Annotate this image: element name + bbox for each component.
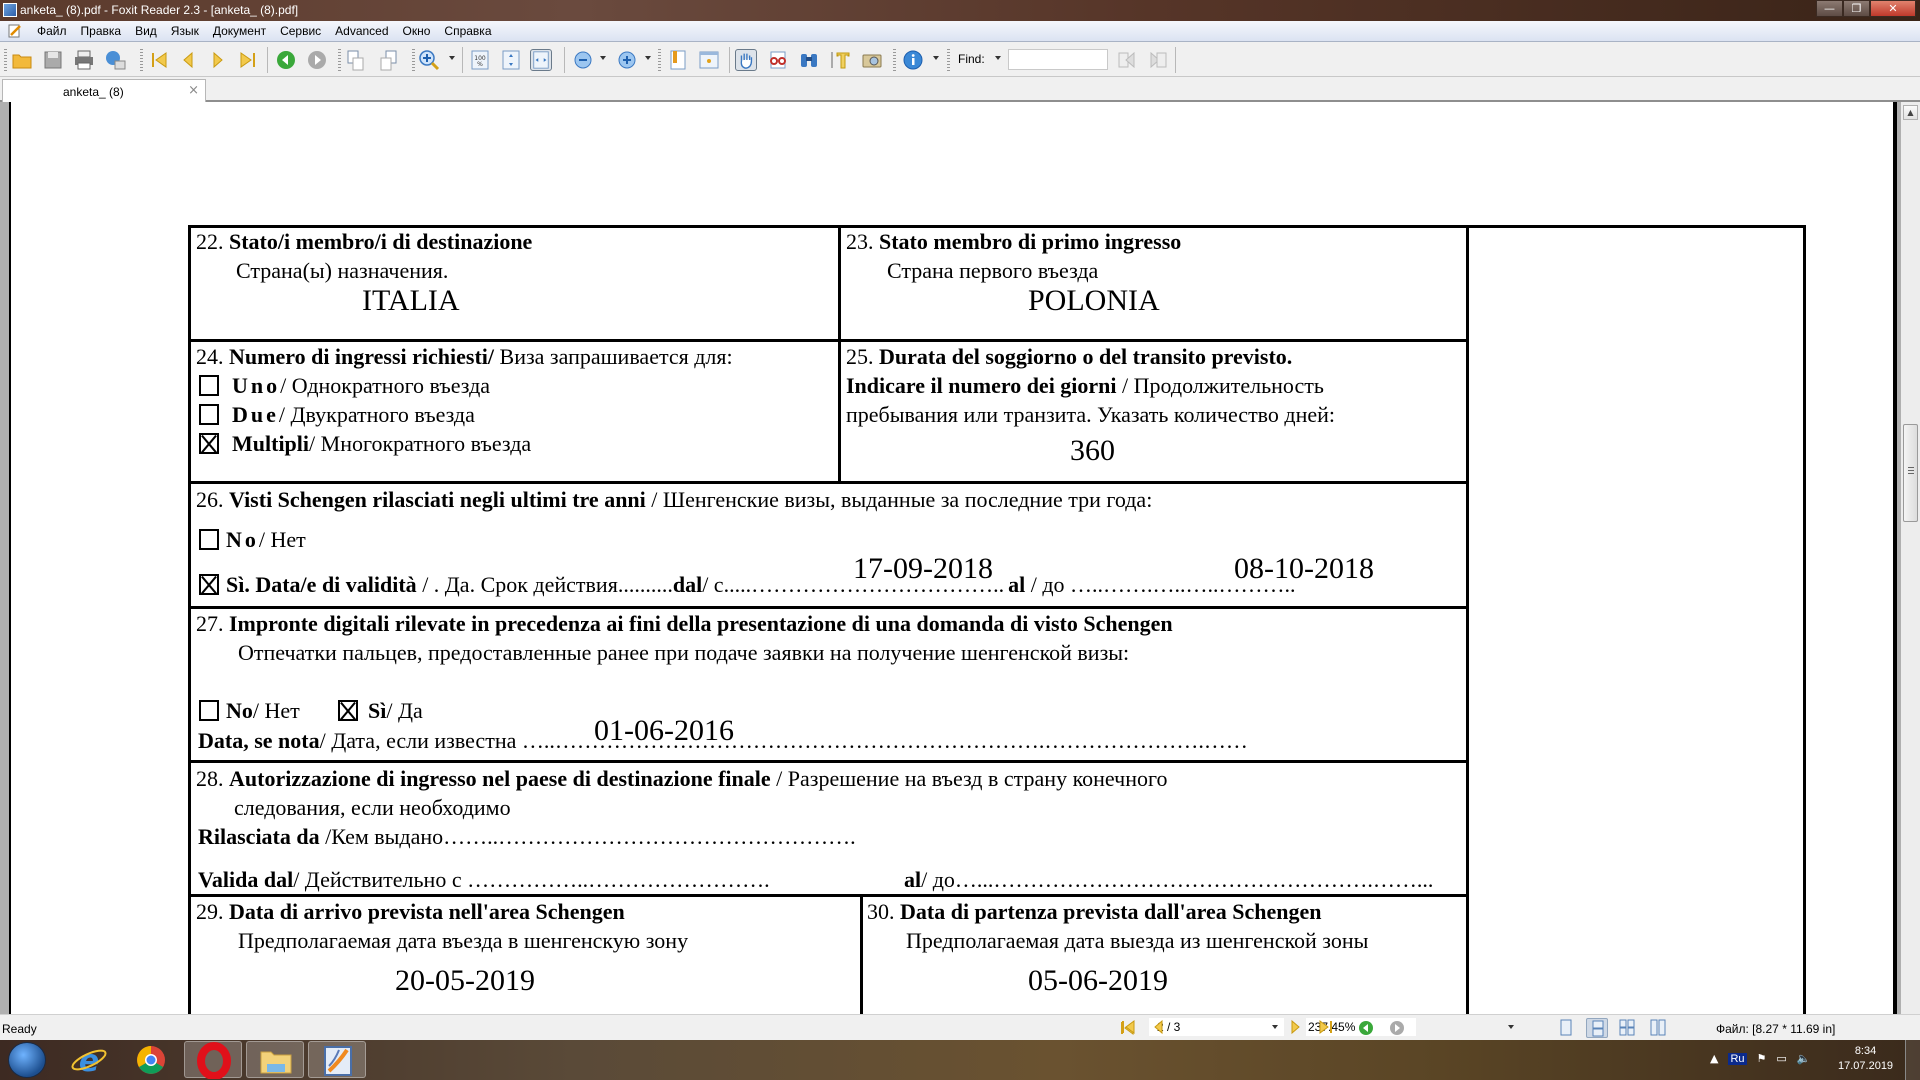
- q24-title: 24. Numero di ingressi richiesti/ Виза з…: [196, 345, 733, 369]
- facing-continuous-layout-button[interactable]: [1616, 1018, 1638, 1038]
- q28-issued-by[interactable]: Rilasciata da /Кем выдано……..………………………………: [198, 825, 856, 849]
- page-dropdown-icon[interactable]: [1272, 1025, 1278, 1029]
- folder-icon: [247, 1042, 305, 1079]
- q25-value[interactable]: 360: [1070, 435, 1115, 467]
- facing-layout-button[interactable]: [1647, 1018, 1669, 1038]
- status-go-forward-icon[interactable]: [1389, 1020, 1405, 1036]
- file-size-info: Файл: [8.27 * 11.69 in]: [1716, 1022, 1835, 1036]
- status-previous-page-icon[interactable]: [1150, 1019, 1166, 1035]
- q27-yes-checkbox[interactable]: [338, 700, 358, 721]
- q24-multipli-label: Multipli/ Многократного въезда: [232, 432, 531, 456]
- q25-title: 25. Durata del soggiorno o del transito …: [846, 345, 1292, 369]
- q26-valid-to[interactable]: 08-10-2018: [1234, 553, 1374, 585]
- status-last-page-icon[interactable]: [1318, 1019, 1334, 1035]
- q26-no-checkbox[interactable]: [199, 529, 219, 550]
- q26-yes-checkbox[interactable]: [199, 574, 219, 595]
- show-desktop-button[interactable]: [1905, 1040, 1920, 1080]
- show-hidden-icons[interactable]: ▲: [1710, 1052, 1718, 1065]
- q27-date-value[interactable]: 01-06-2016: [594, 715, 734, 747]
- q26-title: 26. Visti Schengen rilasciati negli ulti…: [196, 488, 1152, 512]
- system-tray: ▲ Ru ⚑ ▭ 🔈: [1710, 1052, 1811, 1065]
- q30-title: 30. Data di partenza prevista dall'area …: [867, 900, 1321, 924]
- pdf-page: 22. Stato/i membro/i di destinazione Стр…: [0, 0, 1920, 1014]
- q29-subtitle: Предполагаемая дата въезда в шенгенскую …: [238, 929, 688, 953]
- q28-title: 28. Autorizzazione di ingresso nel paese…: [196, 767, 1167, 791]
- q26-valid-from[interactable]: 17-09-2018: [853, 553, 993, 585]
- zoom-dropdown-icon[interactable]: [1508, 1025, 1514, 1029]
- q27-title: 27. Impronte digitali rilevate in preced…: [196, 612, 1173, 636]
- q24-due-label: Due/ Двукратного въезда: [232, 403, 475, 427]
- single-page-layout-button[interactable]: [1555, 1018, 1577, 1038]
- q27-no-checkbox[interactable]: [199, 700, 219, 721]
- status-go-back-icon[interactable]: [1358, 1020, 1374, 1036]
- q22-value[interactable]: ITALIA: [362, 285, 460, 317]
- clock[interactable]: 8:34 17.07.2019: [1838, 1044, 1893, 1074]
- page-number-field[interactable]: 2 / 3: [1149, 1018, 1284, 1036]
- q25-line3: пребывания или транзита. Указать количес…: [846, 403, 1335, 427]
- q25-line2: Indicare il numero dei giorni / Продолжи…: [846, 374, 1324, 398]
- q28-subtitle: следования, если необходимо: [234, 796, 511, 820]
- q28-valid-from[interactable]: Valida dal/ Действительно с ……………..………………: [198, 868, 770, 892]
- q24-uno-label: Uno/ Однократного въезда: [232, 374, 490, 398]
- volume-icon[interactable]: 🔈: [1797, 1052, 1811, 1065]
- q30-value[interactable]: 05-06-2019: [1028, 965, 1168, 997]
- internet-explorer-icon: e: [60, 1041, 118, 1078]
- start-button[interactable]: [8, 1042, 46, 1078]
- q24-uno-checkbox[interactable]: [199, 375, 219, 396]
- status-first-page-icon-2[interactable]: [1120, 1019, 1136, 1035]
- q29-title: 29. Data di arrivo prevista nell'area Sc…: [196, 900, 625, 924]
- status-next-page-icon[interactable]: [1288, 1019, 1304, 1035]
- q28-valid-to[interactable]: al/ до…...…………………………………………….……...: [904, 868, 1433, 892]
- taskbar-chrome[interactable]: [122, 1041, 180, 1078]
- taskbar-file-explorer[interactable]: [246, 1041, 304, 1078]
- q23-title: 23. Stato membro di primo ingresso: [846, 230, 1181, 254]
- q23-subtitle: Страна первого въезда: [887, 259, 1098, 283]
- network-icon[interactable]: ▭: [1776, 1052, 1786, 1065]
- status-text: Ready: [2, 1022, 37, 1036]
- q23-value[interactable]: POLONIA: [1028, 285, 1160, 317]
- q22-title: 22. Stato/i membro/i di destinazione: [196, 230, 532, 254]
- q22-subtitle: Страна(ы) назначения.: [236, 259, 448, 283]
- foxit-reader-icon: [309, 1042, 367, 1079]
- q24-multipli-checkbox[interactable]: [199, 433, 219, 454]
- taskbar-foxit-reader[interactable]: [308, 1041, 366, 1078]
- svg-text:e: e: [79, 1044, 99, 1078]
- language-indicator[interactable]: Ru: [1728, 1053, 1746, 1065]
- q26-no-label: No/ Нет: [226, 528, 306, 552]
- q26-yes-label: Sì. Data/e di validità / . Да. Срок дейс…: [226, 573, 1296, 597]
- taskbar-internet-explorer[interactable]: e: [60, 1041, 118, 1078]
- windows-taskbar: e ▲ Ru ⚑ ▭ 🔈 8:34 17.07.2019: [0, 1040, 1920, 1080]
- continuous-layout-button[interactable]: [1586, 1018, 1608, 1038]
- q29-value[interactable]: 20-05-2019: [395, 965, 535, 997]
- chrome-icon: [122, 1041, 180, 1078]
- q27-subtitle: Отпечатки пальцев, предоставленные ранее…: [238, 641, 1129, 665]
- action-center-icon[interactable]: ⚑: [1757, 1052, 1767, 1065]
- taskbar-opera[interactable]: [184, 1041, 242, 1078]
- q30-subtitle: Предполагаемая дата выезда из шенгенской…: [906, 929, 1368, 953]
- q27-yes-label: Sì/ Да: [368, 699, 423, 723]
- q24-due-checkbox[interactable]: [199, 404, 219, 425]
- opera-icon: [185, 1042, 243, 1079]
- q27-no-label: No/ Нет: [226, 699, 300, 723]
